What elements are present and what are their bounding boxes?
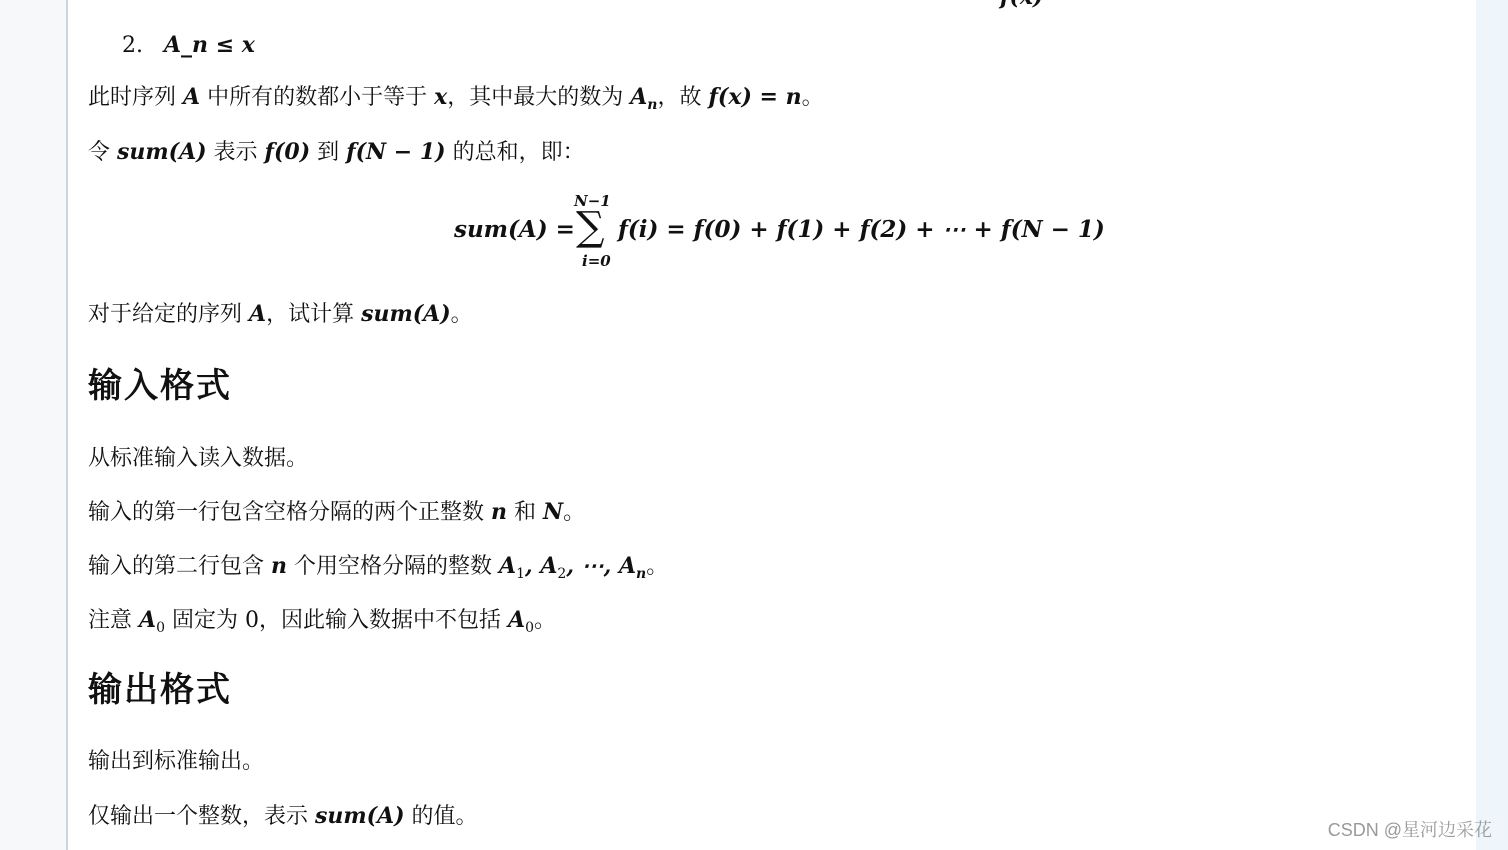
output-line-2: 仅输出一个整数，表示 sum(A) 的值。 (88, 801, 478, 832)
text: 中所有的数都小于等于 (200, 85, 434, 110)
input-line-2: 输入的第一行包含空格分隔的两个正整数 n 和 N。 (88, 497, 585, 528)
paragraph-sum-definition: 令 sum(A) 表示 f(0) 到 f(N − 1) 的总和，即： (88, 137, 585, 168)
text: ，故 (657, 85, 708, 110)
list-number: 2. (122, 33, 143, 58)
output-line-1: 输出到标准输出。 (88, 747, 264, 777)
csdn-watermark: CSDN @星河边采花 (1328, 816, 1492, 842)
document-page (66, 0, 1478, 850)
input-line-4: 注意 A0 固定为 0，因此输入数据中不包括 A0。 (88, 605, 556, 643)
math: sum(A) (315, 803, 405, 829)
list-math: A_n ≤ x (164, 32, 255, 58)
text: 个用空格分隔的整数 (287, 554, 499, 579)
math-subscript: 1 (516, 566, 525, 582)
text: ，其中最大的数为 (447, 85, 630, 110)
text: 。 (534, 608, 556, 633)
math: f(x) = n (708, 84, 801, 110)
math: sum(A) (117, 139, 207, 165)
text: 。 (451, 302, 473, 327)
text: 表示 (207, 140, 265, 165)
text: 和 (507, 500, 543, 525)
sum-lower-limit: i=0 (582, 252, 611, 270)
paragraph-max-case: 此时序列 A 中所有的数都小于等于 x，其中最大的数为 An，故 f(x) = … (88, 82, 824, 120)
math-subscript: 0 (525, 620, 534, 636)
math-subscript: n (636, 566, 646, 582)
input-format-heading: 输入格式 (88, 364, 232, 408)
math: A (630, 84, 647, 110)
clipped-formula-fragment: f(x) (1000, 0, 1043, 10)
text: 。 (802, 85, 824, 110)
equation-lhs: sum(A) = (454, 216, 575, 243)
text: 注意 (88, 608, 139, 633)
text: ，因此输入数据中不包括 (259, 608, 508, 633)
math: A (249, 301, 266, 327)
math-subscript: 2 (557, 566, 566, 582)
text: 仅输出一个整数，表示 (88, 804, 315, 829)
math: , (525, 553, 540, 579)
text: 输入的第二行包含 (88, 554, 271, 579)
math: A (540, 553, 557, 579)
sum-equation: sum(A) = N−1 ∑ i=0 f(i) = f(0) + f(1) + … (454, 190, 1094, 280)
math: A (508, 607, 525, 633)
text: 。 (646, 554, 668, 579)
text: 的总和，即： (446, 140, 585, 165)
input-line-3: 输入的第二行包含 n 个用空格分隔的整数 A1, A2, ⋯, An。 (88, 551, 668, 589)
text: 对于给定的序列 (88, 302, 249, 327)
math: f(0) (265, 139, 311, 165)
input-line-1: 从标准输入读入数据。 (88, 444, 308, 474)
math-subscript: 0 (156, 620, 165, 636)
math: 0 (245, 608, 259, 633)
text: 此时序列 (88, 85, 183, 110)
right-margin-pane (1476, 0, 1508, 850)
math: N (543, 499, 563, 525)
paragraph-task: 对于给定的序列 A，试计算 sum(A)。 (88, 299, 473, 330)
sigma-symbol: ∑ (576, 204, 605, 250)
output-format-heading: 输出格式 (88, 668, 232, 712)
text: ，试计算 (266, 302, 361, 327)
math: A (499, 553, 516, 579)
math: x (434, 84, 447, 110)
math: A (619, 553, 636, 579)
list-item-2: 2. A_n ≤ x (122, 30, 255, 61)
equation-rhs: f(i) = f(0) + f(1) + f(2) + ⋯ + f(N − 1) (618, 216, 1105, 243)
text: 到 (310, 140, 346, 165)
text: 的值。 (405, 804, 478, 829)
math: , ⋯, (566, 553, 619, 579)
math: f(N − 1) (346, 139, 445, 165)
math: A (139, 607, 156, 633)
math-subscript: n (647, 97, 657, 113)
text: 令 (88, 140, 117, 165)
text: 输入的第一行包含空格分隔的两个正整数 (88, 500, 491, 525)
math: n (271, 553, 287, 579)
math: sum(A) (361, 301, 451, 327)
text: 固定为 (165, 608, 245, 633)
text: 。 (563, 500, 585, 525)
math: n (491, 499, 507, 525)
math: A (183, 84, 200, 110)
